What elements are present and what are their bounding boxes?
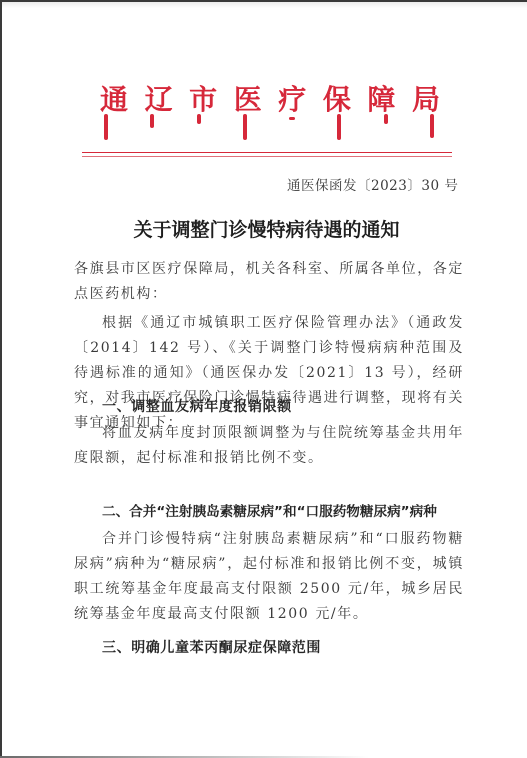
letterhead-char: 市 [189,78,217,118]
letterhead-divider [82,152,452,157]
letterhead-char: 辽 [145,78,173,118]
agency-letterhead: 通 辽 市 医 疗 保 障 局 [100,78,440,118]
mongolian-script-line [104,114,434,140]
mongolian-word-glyph [337,114,341,140]
addressee: 各旗县市区医疗保障局，机关各科室、所属各单位，各定点医药机构： [74,257,464,307]
document-title: 关于调整门诊慢特病待遇的通知 [0,215,527,242]
mongolian-word-glyph [197,114,201,124]
mongolian-word-glyph [430,114,434,138]
mongolian-word-glyph [289,117,295,120]
mongolian-word-glyph [150,114,154,128]
mongolian-word-glyph [243,114,247,140]
mongolian-word-glyph [384,114,388,124]
letterhead-char: 通 [100,78,128,118]
section-heading-2: 二、合并“注射胰岛素糖尿病”和“口服药物糖尿病”病种 [74,500,502,525]
section-heading-3: 三、明确儿童苯丙酮尿症保障范围 [74,636,492,661]
document-number: 通医保函发〔2023〕30 号 [287,174,458,194]
letterhead-char: 局 [412,78,440,118]
section-text-1: 将血友病年度封顶限额调整为与住院统筹基金共用年度限额，起付标准和报销比例不变。 [74,421,464,471]
page-border-left [0,0,2,758]
section-heading-1: 一、调整血友病年度报销限额 [74,395,492,420]
section-text-2: 合并门诊慢特病“注射胰岛素糖尿病”和“口服药物糖尿病”病种为“糖尿病”，起付标准… [74,527,464,627]
letterhead-char: 医 [234,78,262,118]
mongolian-word-glyph [104,114,108,140]
letterhead-char: 障 [367,78,395,118]
letterhead-char: 疗 [278,78,306,118]
page-shadow-top [0,2,527,8]
letterhead-char: 保 [323,78,351,118]
